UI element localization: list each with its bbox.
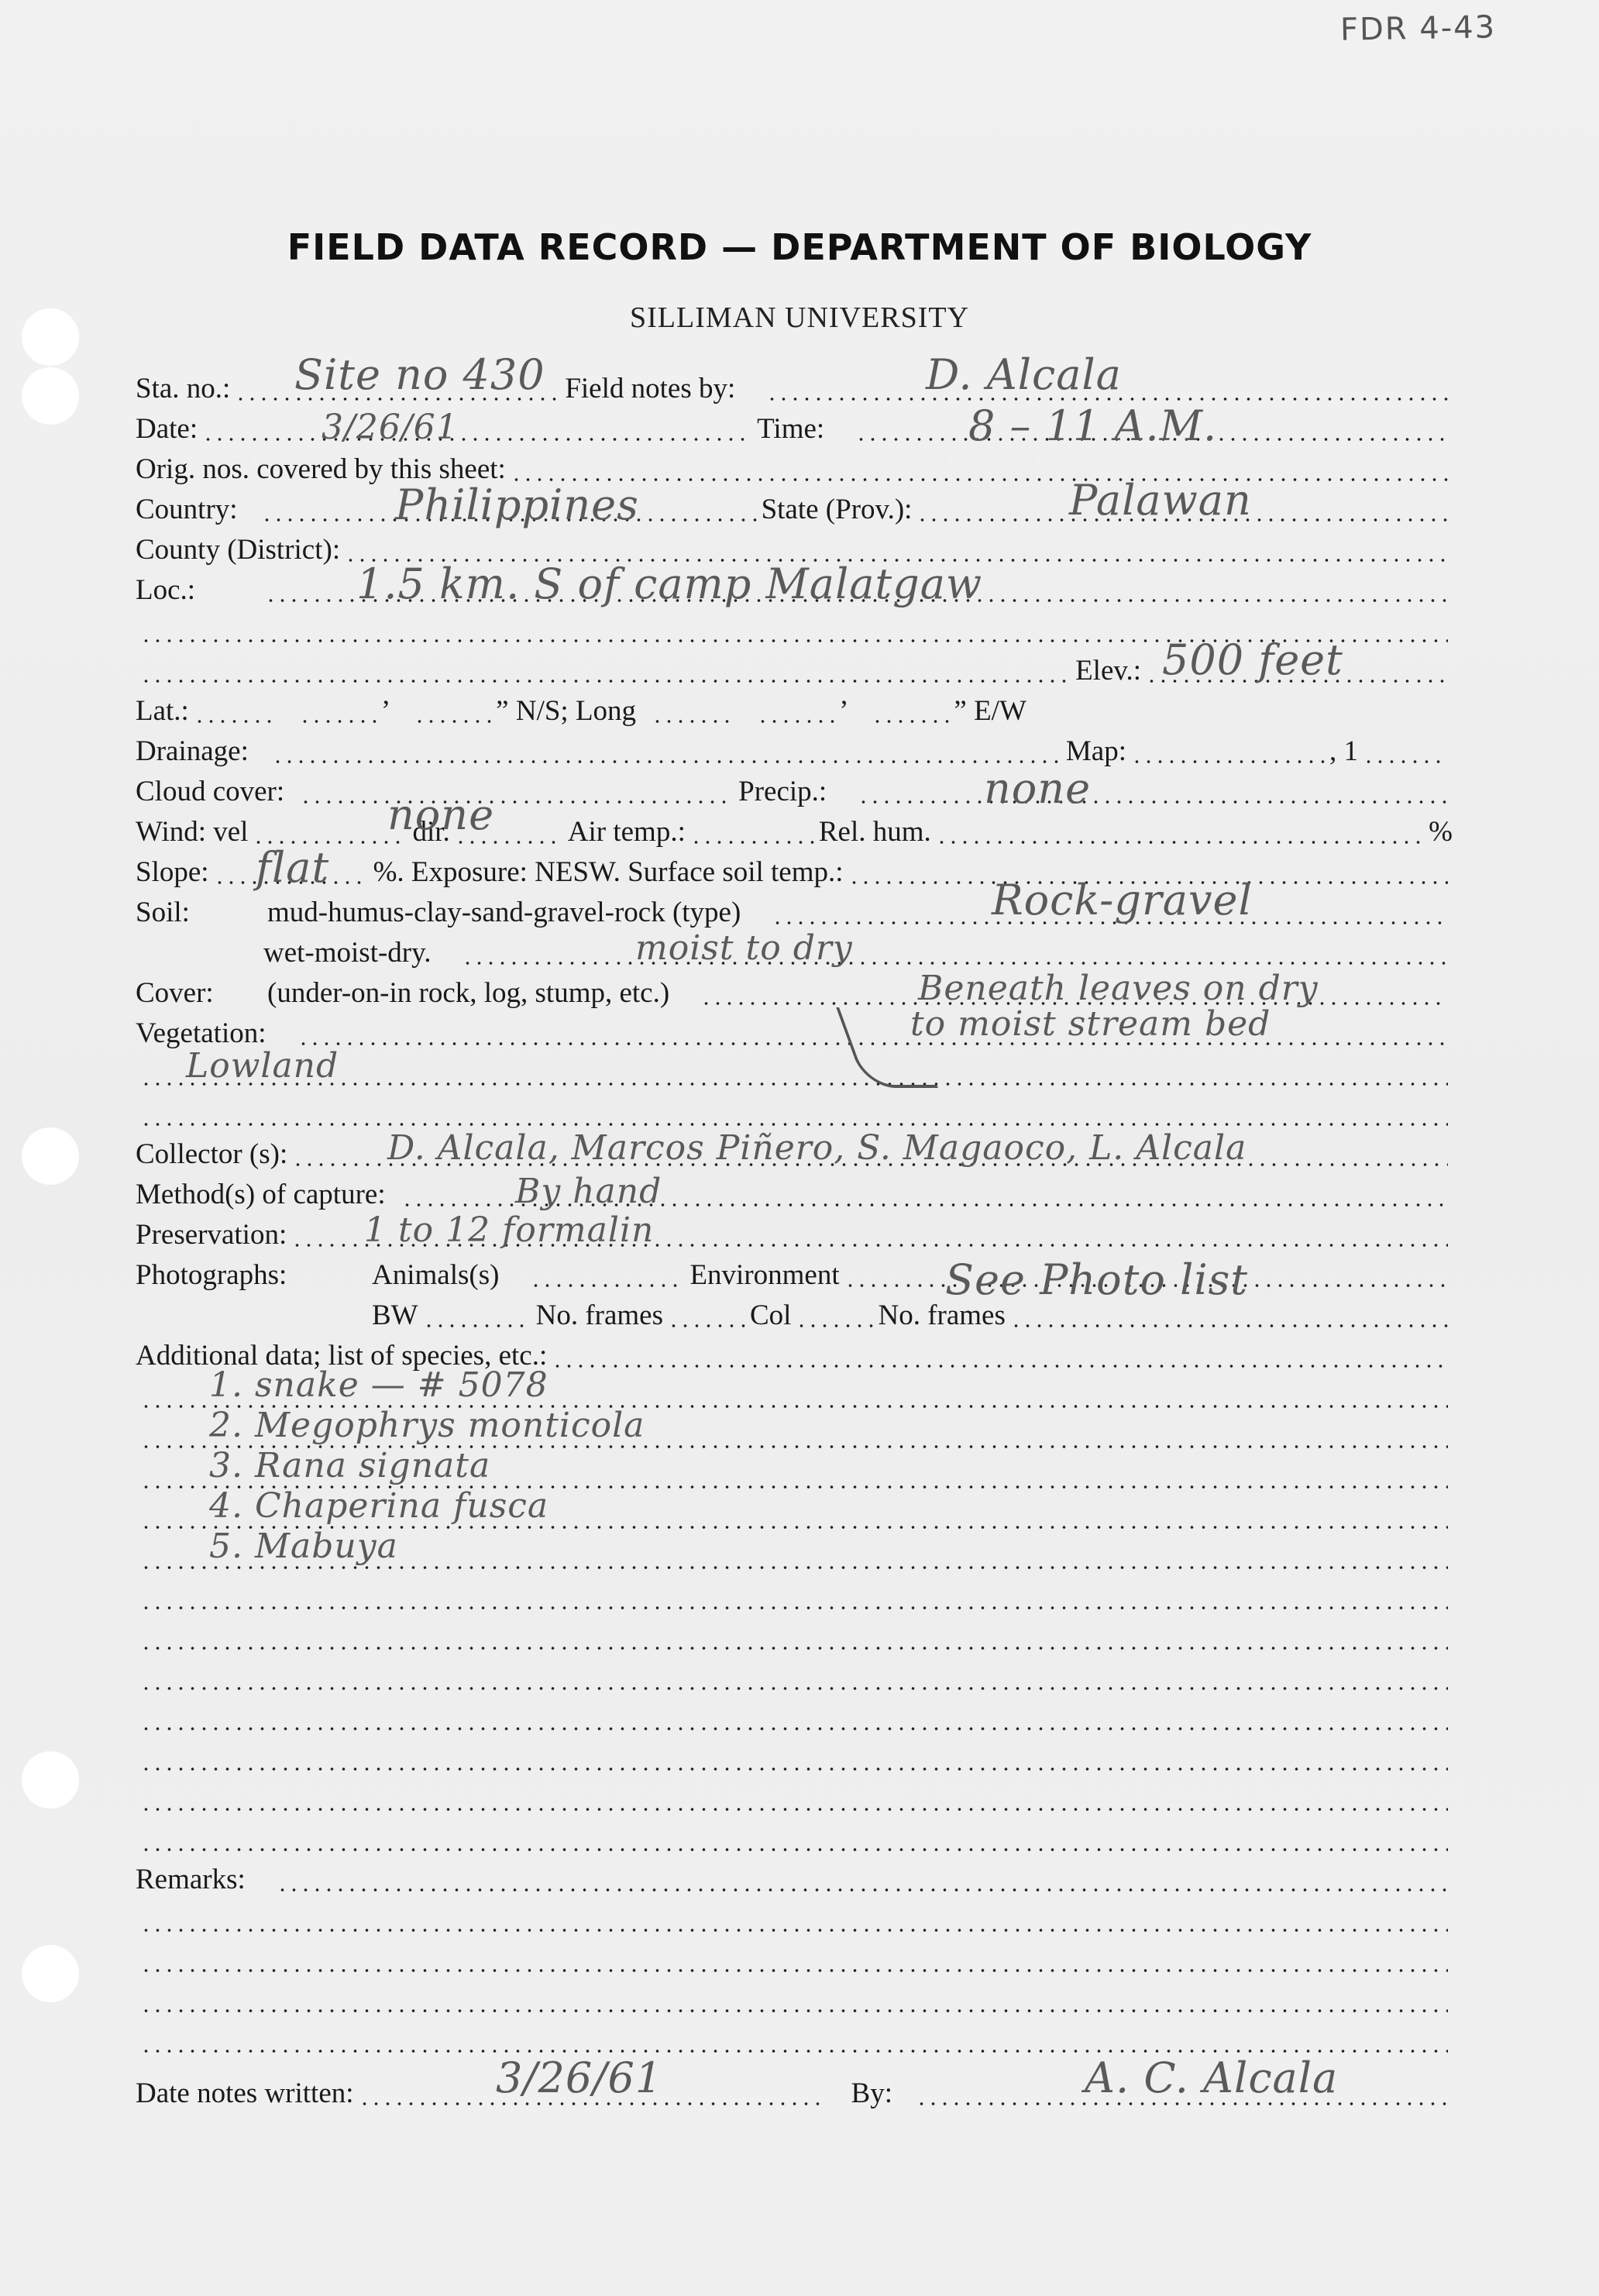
field-remarks-line[interactable] [140, 1928, 1448, 1933]
field-animals[interactable] [530, 1283, 685, 1288]
field-drainage[interactable] [272, 759, 1061, 764]
punch-hole [22, 367, 79, 425]
field-orig-nos[interactable] [511, 477, 1448, 482]
row-species-9 [136, 1702, 1453, 1740]
field-long-sec[interactable] [872, 719, 949, 724]
label-lat-min: ’ [381, 694, 390, 728]
field-col[interactable] [796, 1324, 873, 1328]
hand-species-2: 2. Megophrys monticola [209, 1406, 645, 1445]
punch-hole [22, 1945, 79, 2002]
label-long-sec-ew: ” E/W [954, 694, 1026, 728]
row-remarks-3 [136, 1943, 1453, 1982]
hand-time: 8 – 11 A.M. [968, 401, 1217, 450]
row-orig-nos: Orig. nos. covered by this sheet: [136, 453, 1453, 491]
field-blank-line[interactable] [140, 1122, 1448, 1127]
label-animals: Animals(s) [372, 1258, 499, 1292]
label-rel-hum: Rel. hum. [819, 815, 931, 849]
field-remarks-line[interactable] [140, 1968, 1448, 1973]
hand-collectors: D. Alcala, Marcos Piñero, S. Magaoco, L.… [387, 1128, 1247, 1168]
row-cloud-precip: Cloud cover: Precip.: [136, 775, 1453, 814]
label-sta-no: Sta. no.: [136, 372, 230, 405]
hand-method: By hand [515, 1172, 662, 1211]
hand-soil-moisture: moist to dry [635, 928, 853, 968]
hand-species-3: 3. Rana signata [209, 1446, 490, 1485]
label-county: County (District): [136, 533, 340, 566]
field-loc-line-3[interactable] [140, 679, 1071, 683]
row-country-state: Country: State (Prov.): [136, 493, 1453, 532]
row-species-8 [136, 1661, 1453, 1700]
row-remarks-2 [136, 1903, 1453, 1942]
field-long-deg[interactable] [652, 719, 729, 724]
row-species-12 [136, 1823, 1453, 1861]
field-precip[interactable] [858, 800, 1448, 804]
label-method: Method(s) of capture: [136, 1178, 386, 1211]
hand-cover-line-1: Beneath leaves on dry [918, 969, 1319, 1008]
label-map-scale: , 1 [1329, 735, 1358, 768]
field-no-frames-bw[interactable] [668, 1324, 745, 1328]
hand-sta-no: Site no 430 [294, 350, 545, 399]
hand-field-notes-by: D. Alcala [926, 350, 1122, 399]
row-wind: Wind: vel dir. Air temp.: Rel. hum. % [136, 815, 1453, 854]
field-soil-moisture[interactable] [462, 961, 1448, 966]
hand-precip: none [984, 764, 1091, 813]
row-species-11 [136, 1782, 1453, 1821]
field-lat-min[interactable] [299, 719, 377, 724]
hand-slope: flat [256, 843, 329, 892]
field-air-temp[interactable] [690, 840, 814, 845]
label-precip: Precip.: [738, 775, 827, 808]
label-soil-moisture: wet-moist-dry. [263, 936, 431, 969]
label-country: Country: [136, 493, 238, 526]
row-remarks-4 [136, 1984, 1453, 2022]
label-by: By: [851, 2077, 892, 2110]
field-data-record-sheet: FDR 4-43 FIELD DATA RECORD — DEPARTMENT … [0, 0, 1599, 2296]
field-long-min[interactable] [757, 719, 834, 724]
hand-signature: A. C. Alcala [1085, 2053, 1338, 2102]
field-species-line[interactable] [140, 1847, 1448, 1852]
row-photographs: Photographs: Animals(s) Environment [136, 1258, 1453, 1297]
label-long-min: ’ [839, 694, 848, 728]
label-wind-vel: Wind: vel [136, 815, 248, 849]
label-bw: BW [372, 1299, 418, 1332]
field-no-frames-col[interactable] [1010, 1324, 1448, 1328]
label-collectors: Collector (s): [136, 1138, 287, 1171]
label-col: Col [750, 1299, 791, 1332]
field-wind-dir[interactable] [455, 840, 563, 845]
row-remarks: Remarks: [136, 1863, 1453, 1902]
label-soil-type: mud-humus-clay-sand-gravel-rock (type) [267, 896, 741, 929]
label-preservation: Preservation: [136, 1218, 287, 1251]
label-field-notes-by: Field notes by: [565, 372, 735, 405]
field-remarks-line[interactable] [140, 2009, 1448, 2013]
record-id-tag: FDR 4-43 [1340, 9, 1497, 48]
hand-date: 3/26/61 [322, 408, 459, 447]
punch-hole [22, 1751, 79, 1809]
row-species-10 [136, 1742, 1453, 1781]
label-no-frames-bw: No. frames [536, 1299, 663, 1332]
label-map: Map: [1066, 735, 1126, 768]
label-environment: Environment [689, 1258, 839, 1292]
label-elev: Elev.: [1075, 654, 1141, 687]
field-species-line[interactable] [140, 1807, 1448, 1812]
field-map-scale[interactable] [1363, 759, 1448, 764]
row-lat-long: Lat.: ’ ” N/S; Long ’ ” E/W [136, 694, 1453, 733]
field-date[interactable] [202, 437, 752, 442]
field-additional-data[interactable] [552, 1364, 1448, 1368]
label-cover: Cover: [136, 976, 267, 1010]
hand-vegetation: Lowland [186, 1046, 339, 1086]
form-title: FIELD DATA RECORD — DEPARTMENT OF BIOLOG… [0, 226, 1599, 268]
hand-date-written: 3/26/61 [496, 2053, 662, 2102]
label-loc: Loc.: [136, 573, 195, 607]
label-photographs: Photographs: [136, 1258, 372, 1292]
field-species-line[interactable] [140, 1646, 1448, 1651]
row-drainage-map: Drainage: Map: , 1 [136, 735, 1453, 773]
punch-hole [22, 1127, 79, 1185]
hand-soil-type: Rock-gravel [992, 876, 1253, 924]
hand-cover-line-2: to moist stream bed [910, 1004, 1271, 1044]
hand-species-4: 4. Chaperina fusca [209, 1486, 548, 1526]
institution-name: SILLIMAN UNIVERSITY [0, 301, 1599, 335]
label-air-temp: Air temp.: [568, 815, 686, 849]
label-remarks: Remarks: [136, 1863, 246, 1896]
field-species-line[interactable] [140, 1686, 1448, 1691]
field-species-line[interactable] [140, 1606, 1448, 1610]
row-species-6 [136, 1581, 1453, 1620]
label-date: Date: [136, 412, 198, 446]
label-vegetation: Vegetation: [136, 1017, 266, 1050]
label-date-written: Date notes written: [136, 2077, 354, 2110]
label-cloud-cover: Cloud cover: [136, 775, 284, 808]
field-species-line[interactable] [140, 1767, 1448, 1771]
label-lat-sec-ns-long: ” N/S; Long [496, 694, 636, 728]
label-soil: Soil: [136, 896, 267, 929]
hand-cloud-cover: none [387, 790, 494, 839]
hand-photographs: See Photo list [945, 1255, 1248, 1304]
label-slope: Slope: [136, 855, 209, 889]
hand-locality: 1.5 km. S of camp Malatgaw [356, 559, 982, 608]
field-lat-sec[interactable] [414, 719, 491, 724]
field-lat-deg[interactable] [194, 719, 271, 724]
field-bw[interactable] [423, 1324, 531, 1328]
label-time: Time: [757, 412, 824, 446]
hand-species-1: 1. snake — # 5078 [209, 1365, 548, 1405]
field-species-line[interactable] [140, 1726, 1448, 1731]
row-preservation: Preservation: [136, 1218, 1453, 1257]
field-cloud-cover[interactable] [300, 800, 734, 804]
row-photo-frames: BW No. frames Col No. frames [136, 1299, 1453, 1337]
hand-elevation: 500 feet [1162, 635, 1343, 684]
label-cover-hint: (under-on-in rock, log, stump, etc.) [267, 976, 669, 1010]
label-lat: Lat.: [136, 694, 189, 728]
label-slope-exposure-soil-temp: %. Exposure: NESW. Surface soil temp.: [373, 855, 844, 889]
hand-preservation: 1 to 12 formalin [364, 1210, 654, 1250]
field-rel-hum[interactable] [936, 840, 1424, 845]
hand-species-5: 5. Mabuya [209, 1527, 398, 1566]
label-percent: % [1429, 815, 1453, 849]
field-map[interactable] [1131, 759, 1325, 764]
label-state: State (Prov.): [762, 493, 913, 526]
hand-state: Palawan [1069, 476, 1252, 525]
row-method: Method(s) of capture: [136, 1178, 1453, 1217]
row-slope: Slope: %. Exposure: NESW. Surface soil t… [136, 855, 1453, 894]
hand-country: Philippines [395, 480, 639, 529]
row-species-7 [136, 1621, 1453, 1660]
field-remarks[interactable] [277, 1888, 1448, 1892]
label-drainage: Drainage: [136, 735, 249, 768]
